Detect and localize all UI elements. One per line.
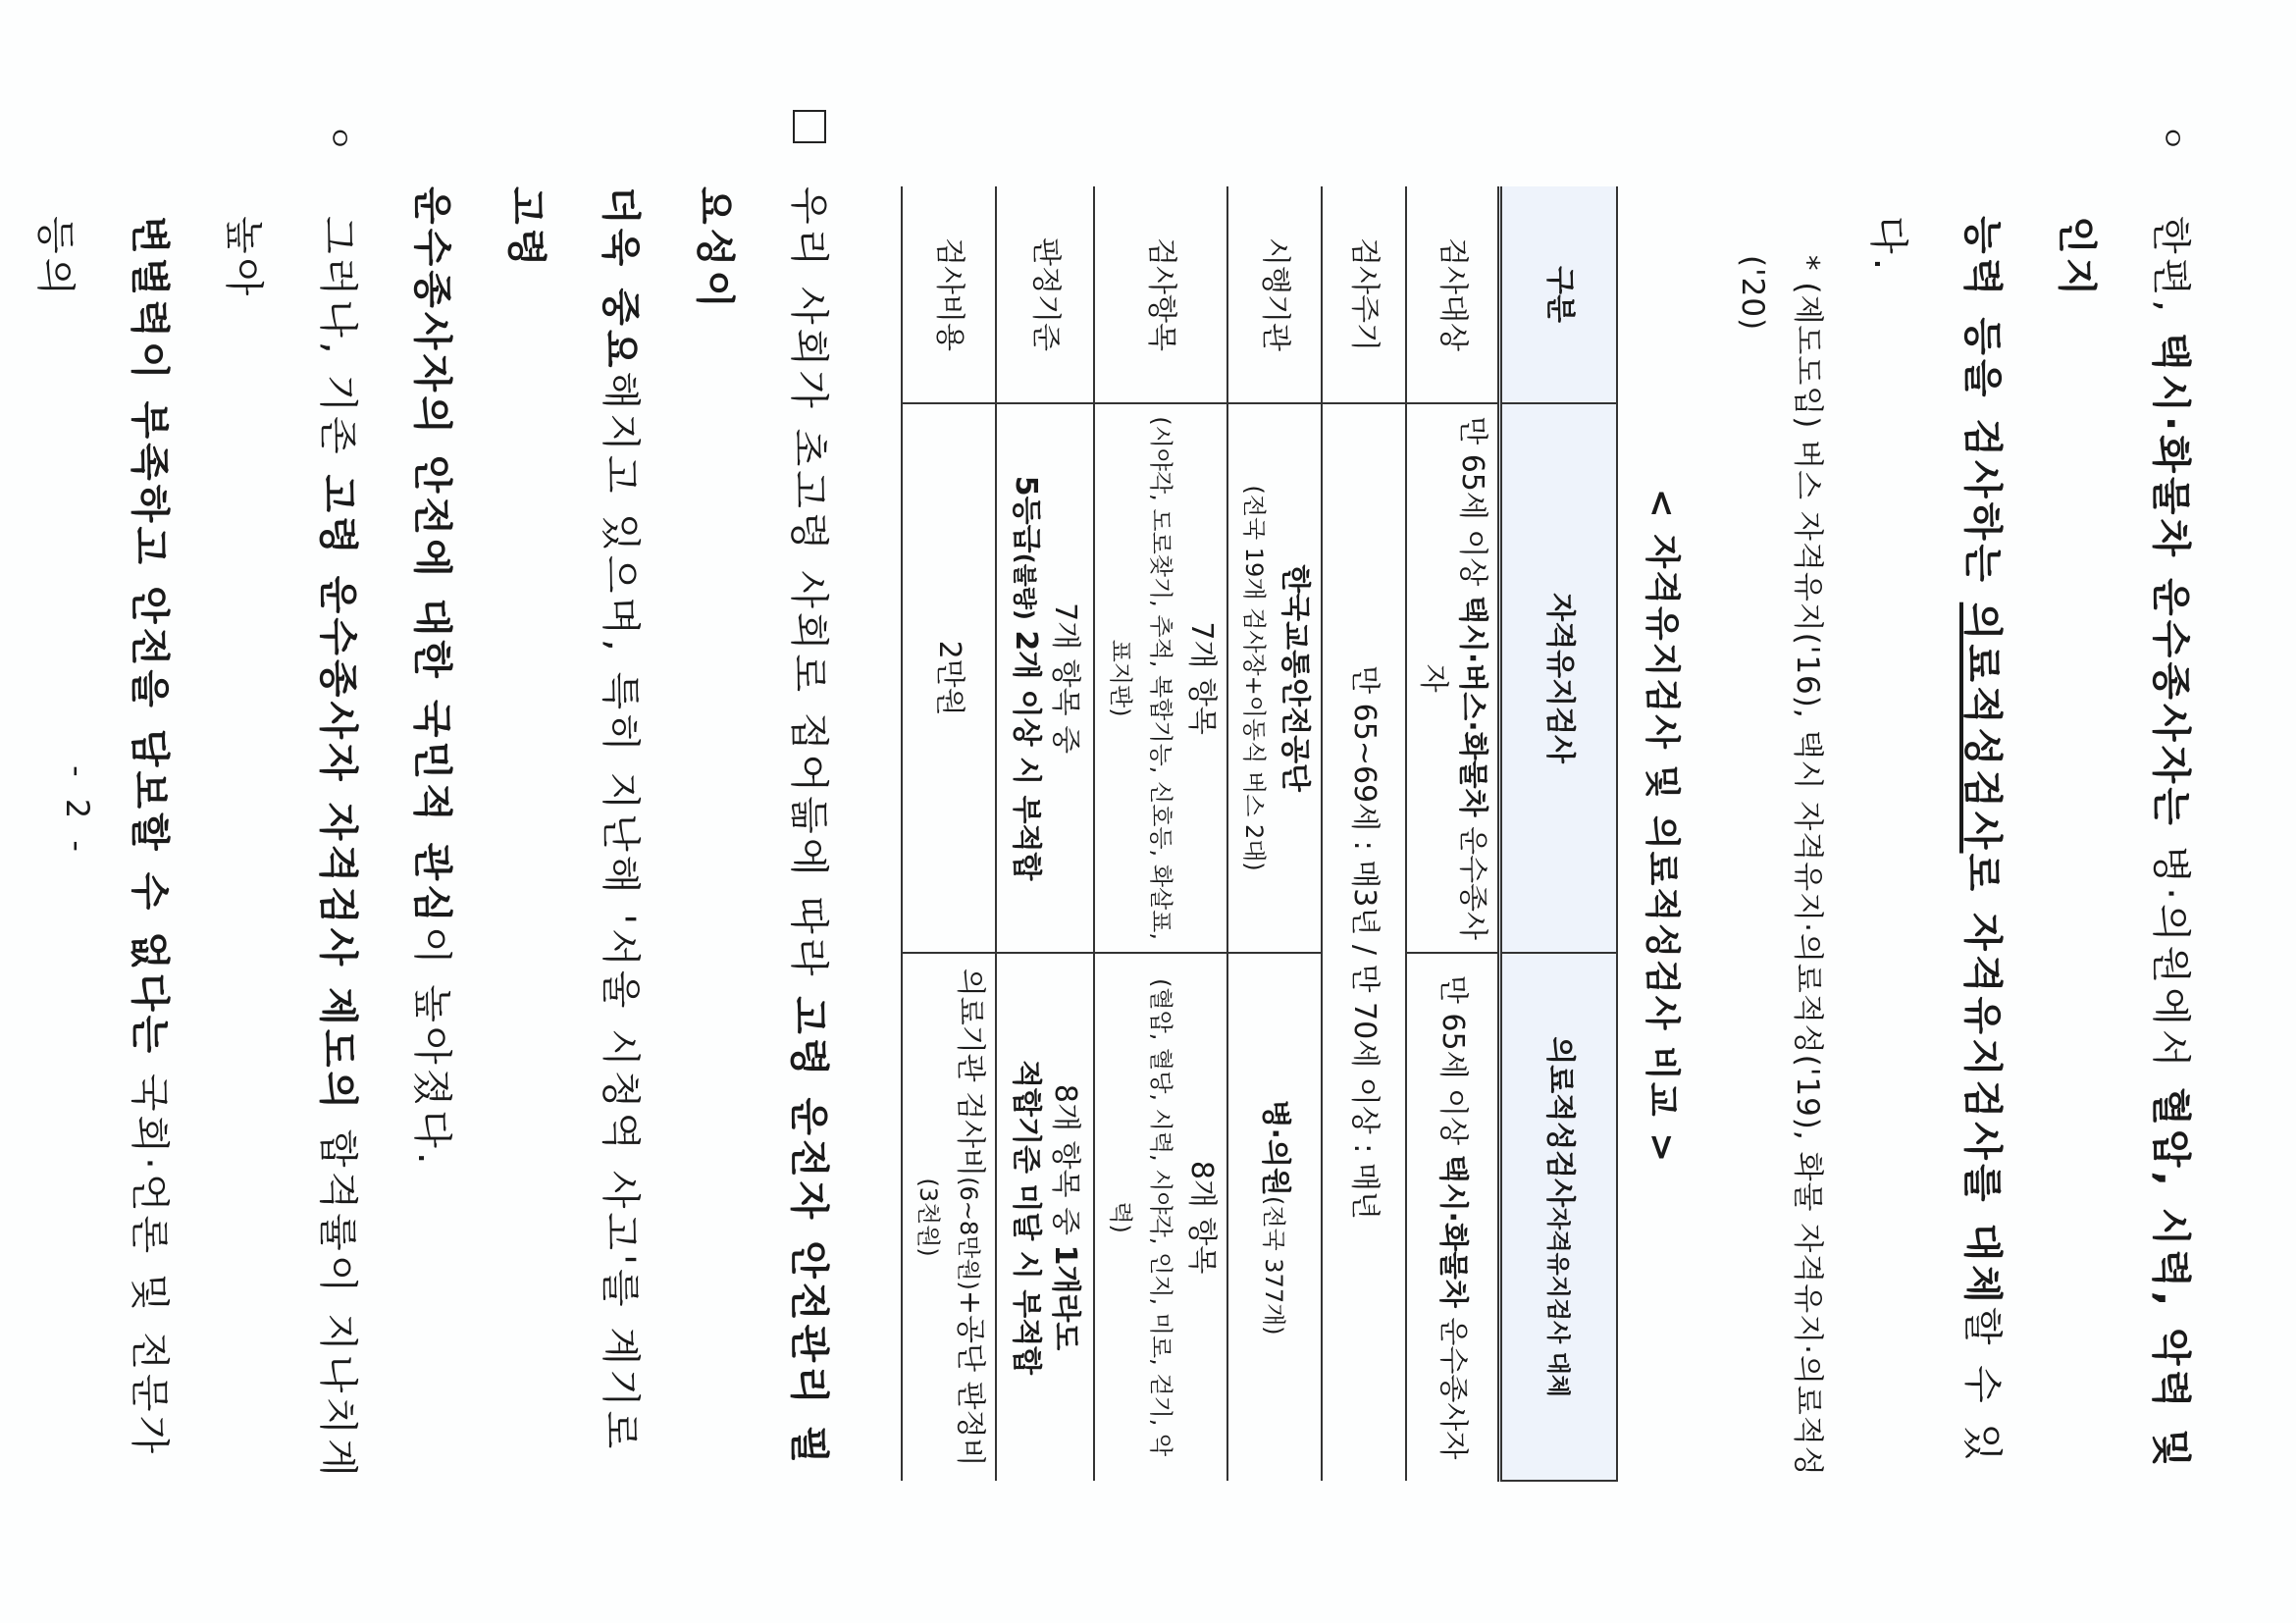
intro-bullet-paragraph: ㅇ 한편, 택시·화물차 운수종사자는 병·의원에서 혈압, 시력, 악력 및 …	[1841, 167, 2218, 1486]
table-row: 검사대상 만 65세 이상 택시·버스·화물차 운수종사자 만 65세 이상 택…	[1406, 186, 1500, 1481]
table-cell: 8개 항목(혈압, 혈당, 시력, 시야각, 인지, 미로, 걷기, 악력)	[1094, 953, 1227, 1481]
table-row: 검사주기 만 65~69세 : 매3년 / 만 70세 이상 : 매년	[1322, 186, 1406, 1481]
circle-bullet-icon: ㅇ	[290, 124, 385, 156]
table-header-row: 구분 자격유지검사 의료적성검사자격유지검사 대체	[1500, 186, 1618, 1481]
table-cell: 병·의원(전국 377개)	[1227, 953, 1322, 1481]
header-medical-test: 의료적성검사자격유지검사 대체	[1500, 953, 1618, 1481]
table-cell: 한국교통안전공단(전국 19개 검사장+이동식 버스 2대)	[1227, 403, 1322, 953]
row-label: 검사주기	[1322, 186, 1406, 403]
table-cell-merged: 만 65~69세 : 매3년 / 만 70세 이상 : 매년	[1322, 403, 1406, 1481]
circle-bullet-icon: ㅇ	[2123, 124, 2218, 156]
table-cell: 만 65세 이상 택시·화물차 운수종사자	[1406, 953, 1500, 1481]
table-cell: 2만원	[902, 403, 996, 953]
row-label: 검사항목	[1094, 186, 1227, 403]
table-cell: 8개 항목 중 1개라도적합기준 미달 시 부적합	[996, 953, 1094, 1481]
page-number: - 2 -	[59, 0, 96, 1623]
header-qualification-test: 자격유지검사	[1500, 403, 1618, 953]
document-page: ㅇ 한편, 택시·화물차 운수종사자는 병·의원에서 혈압, 시력, 악력 및 …	[0, 0, 2296, 1623]
table-row: 판정기준 7개 항목 중5등급(불량) 2개 이상 시 부적합 8개 항목 중 …	[996, 186, 1094, 1481]
table-cell: 7개 항목(시야각, 도로찾기, 추적, 복합기능, 신호등, 화살표, 표지판…	[1094, 403, 1227, 953]
table-title: < 자격유지검사 및 의료적성검사 비교 >	[1640, 167, 1690, 1486]
table-cell: 7개 항목 중5등급(불량) 2개 이상 시 부적합	[996, 403, 1094, 953]
footnote-institution-dates: * (제도도입) 버스 자격유지('16), 택시 자격유지·의료적성('19)…	[1725, 167, 1835, 1486]
table-cell: 만 65세 이상 택시·버스·화물차 운수종사자	[1406, 403, 1500, 953]
row-label: 검사비용	[902, 186, 996, 403]
row-label: 검사대상	[1406, 186, 1500, 403]
section1-paragraph: 우리 사회가 초고령 사회로 접어듦에 따라 고령 운전자 안전관리 필요성이 …	[385, 167, 856, 1486]
underlined-term: 의료적성검사	[1959, 602, 2005, 854]
table-row: 검사항목 7개 항목(시야각, 도로찾기, 추적, 복합기능, 신호등, 화살표…	[1094, 186, 1227, 1481]
row-label: 판정기준	[996, 186, 1094, 403]
table-cell: 의료기관 검사비(6~8만원)+공단 판정비(3천원)	[902, 953, 996, 1481]
row-label: 시행기관	[1227, 186, 1322, 403]
checkbox-square-icon	[761, 110, 856, 143]
scanned-document-viewport: ㅇ 한편, 택시·화물차 운수종사자는 병·의원에서 혈압, 시력, 악력 및 …	[0, 0, 2296, 1623]
table-row: 검사비용 2만원 의료기관 검사비(6~8만원)+공단 판정비(3천원)	[902, 186, 996, 1481]
section1-bullet: ㅇ 그러나, 기존 고령 운수종사자 자격검사 제도의 합격률이 지나치게 높아…	[0, 167, 385, 1486]
table-row: 시행기관 한국교통안전공단(전국 19개 검사장+이동식 버스 2대) 병·의원…	[1227, 186, 1322, 1481]
header-category: 구분	[1500, 186, 1618, 403]
header-sup-note: 자격유지검사 대체	[1545, 1207, 1573, 1397]
comparison-table: 구분 자격유지검사 의료적성검사자격유지검사 대체 검사대상 만 65세 이상 …	[901, 186, 1618, 1482]
